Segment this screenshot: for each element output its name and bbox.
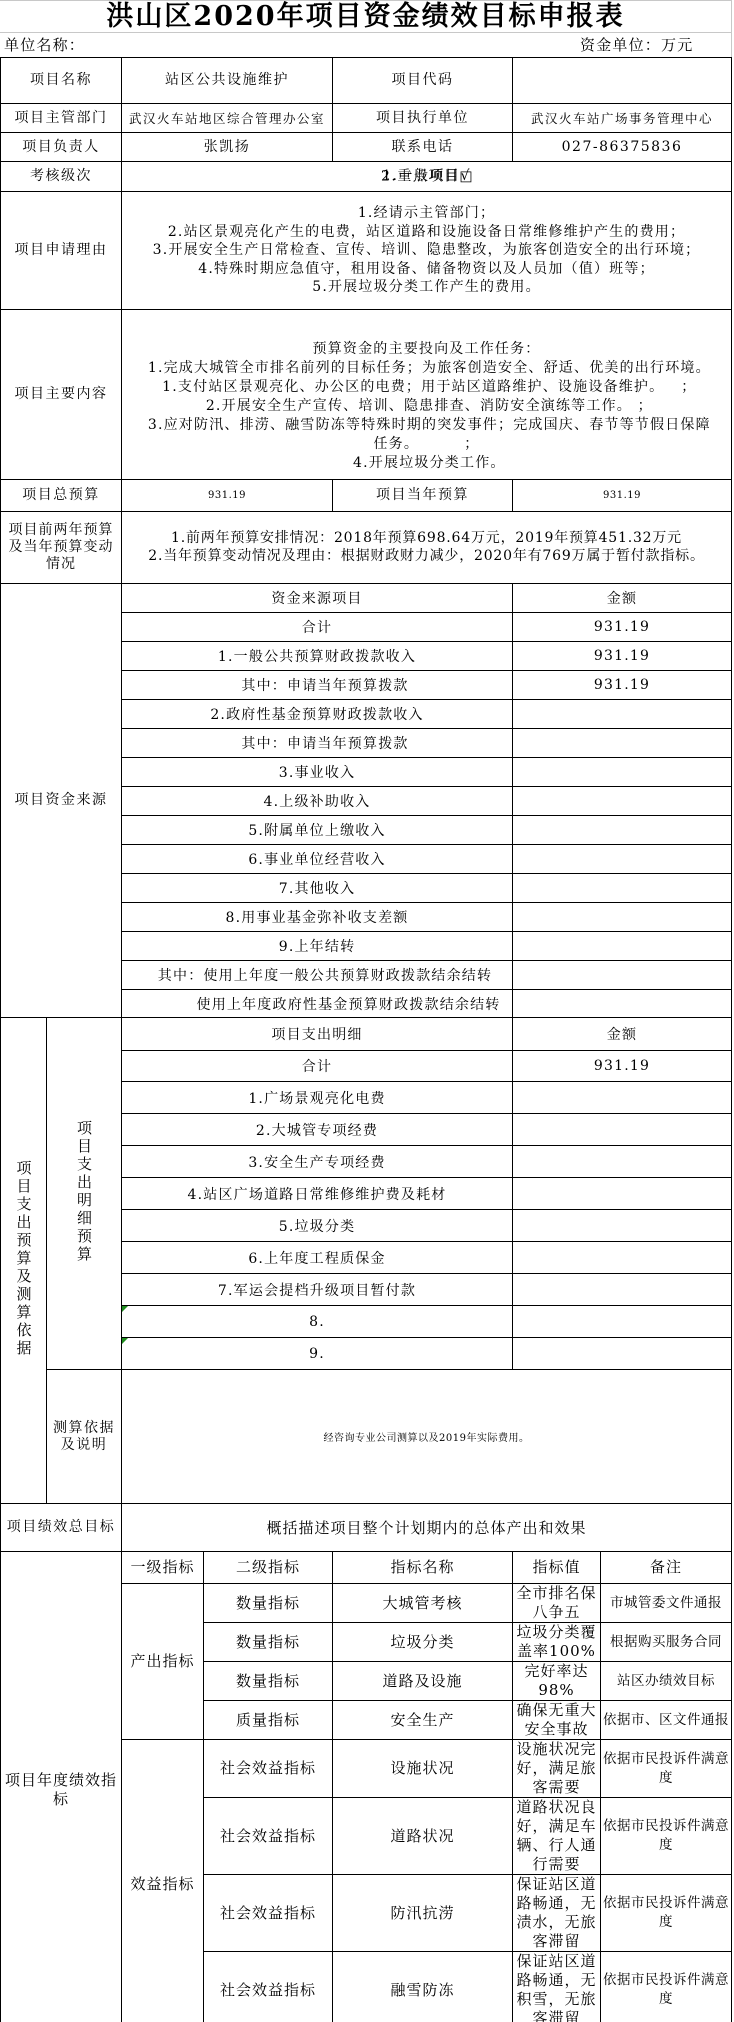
indicator-value: 设施状况完好，满足旅客需要 xyxy=(513,1740,601,1798)
funding-amount: 931.19 xyxy=(513,671,732,700)
executor-label: 项目执行单位 xyxy=(333,104,513,133)
indicator-remark: 根据购买服务合同 xyxy=(601,1623,732,1662)
calculation-basis-label: 测算依据及说明 xyxy=(47,1370,122,1504)
expenditure-amount xyxy=(513,1338,732,1370)
project-name-row: 项目名称 站区公共设施维护 项目代码 xyxy=(1,58,732,104)
indicator-header-level1: 一级指标 xyxy=(122,1552,204,1584)
expenditure-header-item: 项目支出明细 xyxy=(122,1018,513,1051)
indicator-name: 道路及设施 xyxy=(333,1662,513,1701)
indicator-value: 保证站区道路畅通，无积雪，无旅客滞留 xyxy=(513,1952,601,2022)
expenditure-item: 合计 xyxy=(122,1051,513,1082)
indicator-value: 确保无重大安全事故 xyxy=(513,1701,601,1740)
budget-change-line: 2.当年预算变动情况及理由：根据财政财力减少，2020年有769万属于暂付款指标… xyxy=(124,548,729,566)
current-budget-label: 项目当年预算 xyxy=(333,480,513,512)
indicator-level2: 社会效益指标 xyxy=(204,1798,333,1875)
indicator-header-level2: 二级指标 xyxy=(204,1552,333,1584)
reason-line: 4.特殊时期应急值守，租用设备、储备物资以及人员加（值）班等； xyxy=(124,260,729,279)
expenditure-inner-label-text: 项目支出明细预算 xyxy=(75,1120,93,1264)
funding-item: 3.事业收入 xyxy=(122,758,513,787)
funding-amount xyxy=(513,874,732,903)
supervisor-label: 项目主管部门 xyxy=(1,104,122,133)
overall-goal-row: 项目绩效总目标 概括描述项目整个计划期内的总体产出和效果 xyxy=(1,1504,732,1552)
assessment-level-row: 考核级次 1.一般项目√ 2.重点项目□ xyxy=(1,162,732,192)
expenditure-amount xyxy=(513,1114,732,1146)
expenditure-item: 4.站区广场道路日常维修维护费及耗材 xyxy=(122,1178,513,1210)
funding-item: 4.上级补助收入 xyxy=(122,787,513,816)
manager-label: 项目负责人 xyxy=(1,133,122,162)
manager-row: 项目负责人 张凯扬 联系电话 027-86375836 xyxy=(1,133,732,162)
main-content-text: 预算资金的主要投向及工作任务： 1.完成大城管全市排名前列的目标任务；为旅客创造… xyxy=(122,310,732,480)
funding-sources-label: 项目资金来源 xyxy=(1,584,122,1018)
funding-item: 5.附属单位上缴收入 xyxy=(122,816,513,845)
unit-row: 单位名称： 资金单位：万元 xyxy=(0,33,732,57)
expenditure-amount xyxy=(513,1082,732,1114)
funding-amount xyxy=(513,816,732,845)
expenditure-item: 9. xyxy=(309,1346,325,1362)
indicator-name: 融雪防冻 xyxy=(333,1952,513,2022)
total-budget-value: 931.19 xyxy=(122,480,333,512)
expenditure-item: 1.广场景观亮化电费 xyxy=(122,1082,513,1114)
executor-value: 武汉火车站广场事务管理中心 xyxy=(513,104,732,133)
indicator-name: 设施状况 xyxy=(333,1740,513,1798)
funding-amount xyxy=(513,845,732,874)
indicator-name: 防汛抗涝 xyxy=(333,1875,513,1952)
funding-item: 合计 xyxy=(122,613,513,642)
funding-amount xyxy=(513,787,732,816)
reason-line: 3.开展安全生产日常检查、宣传、培训、隐患整改，为旅客创造安全的出行环境； xyxy=(124,241,729,260)
indicator-level2: 数量指标 xyxy=(204,1662,333,1701)
funding-header-amount: 金额 xyxy=(513,584,732,613)
funding-amount: 931.19 xyxy=(513,642,732,671)
budget-change-label: 项目前两年预算及当年预算变动情况 xyxy=(1,512,122,584)
indicator-level2: 质量指标 xyxy=(204,1701,333,1740)
reason-line: 2.站区景观亮化产生的电费，站区道路和设施设备日常维修维护产生的费用； xyxy=(124,223,729,242)
expenditure-amount: 931.19 xyxy=(513,1051,732,1082)
funding-amount: 931.19 xyxy=(513,613,732,642)
indicator-level2: 社会效益指标 xyxy=(204,1952,333,2022)
main-content-label: 项目主要内容 xyxy=(1,310,122,480)
funding-amount xyxy=(513,700,732,729)
department-row: 项目主管部门 武汉火车站地区综合管理办公室 项目执行单位 武汉火车站广场事务管理… xyxy=(1,104,732,133)
project-code-value xyxy=(513,58,732,104)
expenditure-amount xyxy=(513,1242,732,1274)
expenditure-item-cell: 9. xyxy=(122,1338,513,1370)
budget-change-text: 1.前两年预算安排情况：2018年预算698.64万元，2019年预算451.3… xyxy=(122,512,732,584)
manager-value: 张凯扬 xyxy=(122,133,333,162)
funding-item: 其中：使用上年度一般公共预算财政拨款结余结转 xyxy=(122,961,513,990)
calculation-basis-row: 测算依据及说明 经咨询专业公司测算以及2019年实际费用。 xyxy=(1,1370,732,1504)
indicator-level1-benefit: 效益指标 xyxy=(122,1740,204,2022)
indicator-level2: 数量指标 xyxy=(204,1584,333,1623)
performance-target-form: 项目名称 站区公共设施维护 项目代码 项目主管部门 武汉火车站地区综合管理办公室… xyxy=(0,57,732,2022)
indicator-header-value: 指标值 xyxy=(513,1552,601,1584)
phone-label: 联系电话 xyxy=(333,133,513,162)
funding-amount xyxy=(513,961,732,990)
main-content-row: 项目主要内容 预算资金的主要投向及工作任务： 1.完成大城管全市排名前列的目标任… xyxy=(1,310,732,480)
expenditure-header-amount: 金额 xyxy=(513,1018,732,1051)
content-line: 预算资金的主要投向及工作任务： xyxy=(124,340,729,359)
indicator-remark: 依据市、区文件通报 xyxy=(601,1701,732,1740)
expenditure-item: 6.上年度工程质保金 xyxy=(122,1242,513,1274)
application-reason-text: 1.经请示主管部门；2.站区景观亮化产生的电费，站区道路和设施设备日常维修维护产… xyxy=(122,192,732,310)
content-line: 1.支付站区景观亮化、办公区的电费；用于站区道路维护、设施设备维护。 ； xyxy=(124,378,729,397)
funding-item: 2.政府性基金预算财政拨款收入 xyxy=(122,700,513,729)
indicator-header-row: 项目年度绩效指标 一级指标 二级指标 指标名称 指标值 备注 xyxy=(1,1552,732,1584)
indicator-remark: 站区办绩效目标 xyxy=(601,1662,732,1701)
budget-row: 项目总预算 931.19 项目当年预算 931.19 xyxy=(1,480,732,512)
funding-amount xyxy=(513,990,732,1018)
expenditure-item: 7.军运会提档升级项目暂付款 xyxy=(122,1274,513,1306)
comment-marker-icon xyxy=(122,1338,128,1344)
unit-name-label: 单位名称： xyxy=(4,33,85,57)
expenditure-item-cell: 8. xyxy=(122,1306,513,1338)
total-budget-label: 项目总预算 xyxy=(1,480,122,512)
funding-item: 使用上年度政府性基金预算财政拨款结余结转 xyxy=(122,990,513,1018)
reason-line: 5.开展垃圾分类工作产生的费用。 xyxy=(124,278,729,297)
current-budget-value: 931.19 xyxy=(513,480,732,512)
expenditure-header-row: 项目支出预算及测算依据 项目支出明细预算 项目支出明细 金额 xyxy=(1,1018,732,1051)
indicator-value: 完好率达98% xyxy=(513,1662,601,1701)
funding-amount xyxy=(513,729,732,758)
indicator-value: 道路状况良好，满足车辆、行人通行需要 xyxy=(513,1798,601,1875)
funding-amount xyxy=(513,758,732,787)
expenditure-amount xyxy=(513,1274,732,1306)
indicator-level2: 社会效益指标 xyxy=(204,1740,333,1798)
currency-unit-label: 资金单位：万元 xyxy=(580,33,693,57)
funding-amount xyxy=(513,932,732,961)
indicators-label: 项目年度绩效指标 xyxy=(1,1552,122,2022)
content-line: 4.开展垃圾分类工作。 xyxy=(124,454,729,473)
funding-item: 7.其他收入 xyxy=(122,874,513,903)
indicator-value: 保证站区道路畅通，无渍水，无旅客滞留 xyxy=(513,1875,601,1952)
funding-item: 8.用事业基金弥补收支差额 xyxy=(122,903,513,932)
project-name-value: 站区公共设施维护 xyxy=(122,58,333,104)
indicator-header-name: 指标名称 xyxy=(333,1552,513,1584)
content-line: 任务。 ； xyxy=(124,435,729,454)
funding-item: 其中：申请当年预算拨款 xyxy=(122,729,513,758)
budget-change-row: 项目前两年预算及当年预算变动情况 1.前两年预算安排情况：2018年预算698.… xyxy=(1,512,732,584)
funding-item: 1.一般公共预算财政拨款收入 xyxy=(122,642,513,671)
indicator-name: 道路状况 xyxy=(333,1798,513,1875)
funding-header-row: 项目资金来源 资金来源项目 金额 xyxy=(1,584,732,613)
indicator-remark: 依据市民投诉件满意度 xyxy=(601,1875,732,1952)
expenditure-item: 2.大城管专项经费 xyxy=(122,1114,513,1146)
indicator-level2: 数量指标 xyxy=(204,1623,333,1662)
indicator-name: 垃圾分类 xyxy=(333,1623,513,1662)
indicator-level2: 社会效益指标 xyxy=(204,1875,333,1952)
indicator-remark: 依据市民投诉件满意度 xyxy=(601,1952,732,2022)
comment-marker-icon xyxy=(122,1306,128,1312)
funding-item: 9.上年结转 xyxy=(122,932,513,961)
budget-change-line: 1.前两年预算安排情况：2018年预算698.64万元，2019年预算451.3… xyxy=(124,530,729,548)
expenditure-inner-label: 项目支出明细预算 xyxy=(47,1018,122,1370)
expenditure-outer-label-text: 项目支出预算及测算依据 xyxy=(15,1160,33,1358)
level-option-key: 2.重点项目□ xyxy=(381,168,474,185)
indicator-value: 垃圾分类覆盖率100% xyxy=(513,1623,601,1662)
indicator-remark: 依据市民投诉件满意度 xyxy=(601,1740,732,1798)
expenditure-amount xyxy=(513,1146,732,1178)
indicator-remark: 依据市民投诉件满意度 xyxy=(601,1798,732,1875)
expenditure-amount xyxy=(513,1210,732,1242)
funding-item: 6.事业单位经营收入 xyxy=(122,845,513,874)
assessment-level-label: 考核级次 xyxy=(1,162,122,192)
application-reason-label: 项目申请理由 xyxy=(1,192,122,310)
indicator-level1-output: 产出指标 xyxy=(122,1584,204,1740)
funding-header-item: 资金来源项目 xyxy=(122,584,513,613)
reason-line: 1.经请示主管部门； xyxy=(124,204,729,223)
content-line: 1.完成大城管全市排名前列的目标任务；为旅客创造安全、舒适、优美的出行环境。 xyxy=(124,359,729,378)
funding-amount xyxy=(513,903,732,932)
expenditure-amount xyxy=(513,1178,732,1210)
indicator-value: 全市排名保八争五 xyxy=(513,1584,601,1623)
funding-item: 其中：申请当年预算拨款 xyxy=(122,671,513,700)
expenditure-amount xyxy=(513,1306,732,1338)
content-line: 2.开展安全生产宣传、培训、隐患排查、消防安全演练等工作。 ； xyxy=(124,397,729,416)
project-name-label: 项目名称 xyxy=(1,58,122,104)
expenditure-outer-label: 项目支出预算及测算依据 xyxy=(1,1018,47,1504)
expenditure-item: 3.安全生产专项经费 xyxy=(122,1146,513,1178)
indicator-name: 大城管考核 xyxy=(333,1584,513,1623)
indicator-header-remark: 备注 xyxy=(601,1552,732,1584)
form-title: 洪山区2020年项目资金绩效目标申报表 xyxy=(0,0,732,33)
expenditure-item: 8. xyxy=(309,1314,325,1330)
application-reason-row: 项目申请理由 1.经请示主管部门；2.站区景观亮化产生的电费，站区道路和设施设备… xyxy=(1,192,732,310)
phone-value: 027-86375836 xyxy=(513,133,732,162)
expenditure-item: 5.垃圾分类 xyxy=(122,1210,513,1242)
supervisor-value: 武汉火车站地区综合管理办公室 xyxy=(122,104,333,133)
indicator-name: 安全生产 xyxy=(333,1701,513,1740)
overall-goal-label: 项目绩效总目标 xyxy=(1,1504,122,1552)
calculation-basis-text: 经咨询专业公司测算以及2019年实际费用。 xyxy=(122,1370,732,1504)
assessment-level-options: 1.一般项目√ 2.重点项目□ xyxy=(122,162,732,192)
overall-goal-text: 概括描述项目整个计划期内的总体产出和效果 xyxy=(122,1504,732,1552)
indicator-remark: 市城管委文件通报 xyxy=(601,1584,732,1623)
project-code-label: 项目代码 xyxy=(333,58,513,104)
content-line: 3.应对防汛、排涝、融雪防冻等特殊时期的突发事件；完成国庆、春节等节假日保障 xyxy=(124,416,729,435)
